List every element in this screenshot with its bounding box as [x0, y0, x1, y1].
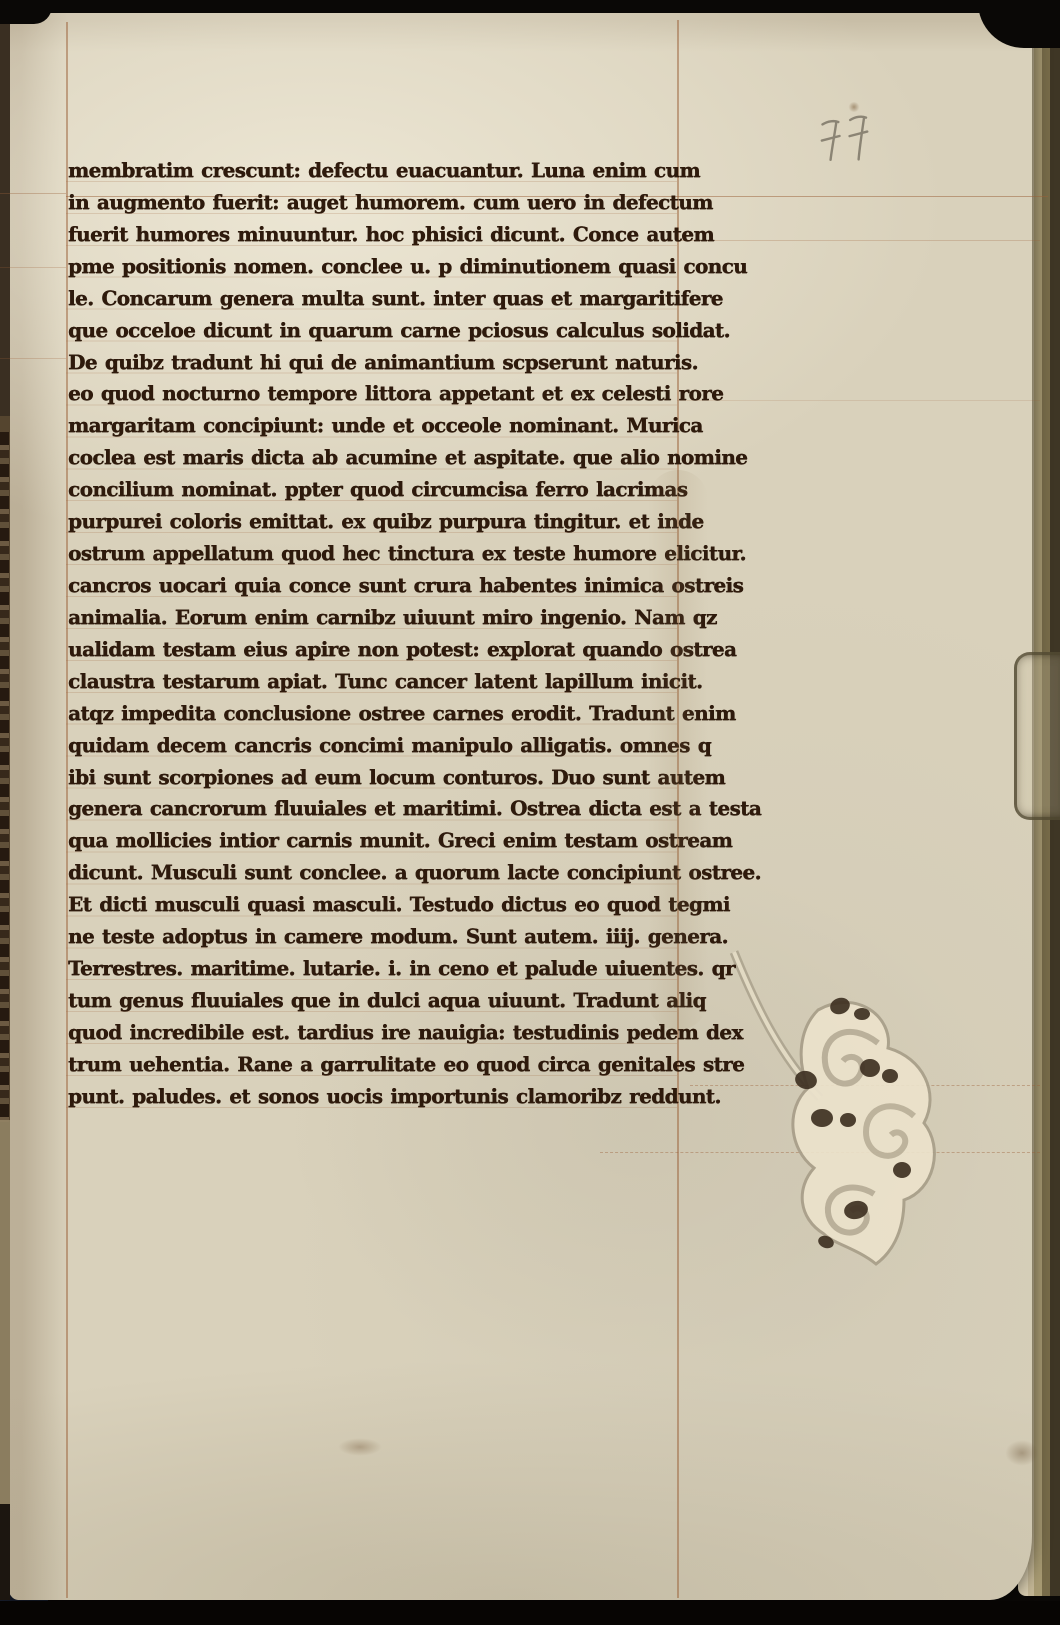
manuscript-line: genera cancrorum fluuiales et maritimi. …	[68, 793, 668, 825]
manuscript-line: eo quod nocturno tempore littora appetan…	[68, 378, 668, 410]
ruling-tick-left	[0, 193, 66, 194]
facing-page-text-fragments	[0, 432, 9, 1122]
manuscript-line: membratim crescunt: defectu euacuantur. …	[68, 155, 668, 187]
manuscript-line: qua mollicies intior carnis munit. Greci…	[68, 825, 668, 857]
manuscript-line: ostrum appellatum quod hec tinctura ex t…	[68, 538, 668, 570]
ruling-tick-left	[0, 267, 66, 268]
binding-top	[0, 0, 1060, 13]
manuscript-line: animalia. Eorum enim carnibz uiuunt miro…	[68, 602, 668, 634]
ruling-horizontal	[677, 240, 1040, 241]
pen-flourish-decoration	[728, 948, 960, 1278]
ruling-tick-left	[0, 358, 66, 359]
manuscript-line: De quibz tradunt hi qui de animantium sc…	[68, 347, 668, 379]
manuscript-line: tum genus fluuiales que in dulci aqua ui…	[68, 985, 668, 1017]
folio-number: 44	[814, 109, 889, 173]
manuscript-line: concilium nominat. ppter quod circumcisa…	[68, 474, 668, 506]
text-block: membratim crescunt: defectu euacuantur. …	[68, 155, 668, 1113]
manuscript-line: ibi sunt scorpiones ad eum locum conturo…	[68, 762, 668, 794]
manuscript-line: coclea est maris dicta ab acumine et asp…	[68, 442, 668, 474]
binding-bottom	[0, 1601, 1060, 1625]
manuscript-line: dicunt. Musculi sunt conclee. a quorum l…	[68, 857, 668, 889]
manuscript-line: ualidam testam eius apire non potest: ex…	[68, 634, 668, 666]
manuscript-line: atqz impedita conclusione ostree carnes …	[68, 698, 668, 730]
page-clamp	[1014, 652, 1060, 820]
manuscript-line: purpurei coloris emittat. ex quibz purpu…	[68, 506, 668, 538]
manuscript-line: quidam decem cancris concimi manipulo al…	[68, 730, 668, 762]
ruling-horizontal	[677, 400, 1040, 401]
binding-top-left-corner	[0, 0, 52, 24]
manuscript-line: in augmento fuerit: auget humorem. cum u…	[68, 187, 668, 219]
manuscript-line: cancros uocari quia conce sunt crura hab…	[68, 570, 668, 602]
manuscript-line: que occeloe dicunt in quarum carne pcios…	[68, 315, 668, 347]
manuscript-line: pme positionis nomen. conclee u. p dimin…	[68, 251, 668, 283]
manuscript-line: claustra testarum apiat. Tunc cancer lat…	[68, 666, 668, 698]
manuscript-line: margaritam concipiunt: unde et occeole n…	[68, 410, 668, 442]
manuscript-line: quod incredibile est. tardius ire nauigi…	[68, 1017, 668, 1049]
manuscript-line: Et dicti musculi quasi masculi. Testudo …	[68, 889, 668, 921]
manuscript-line: ne teste adoptus in camere modum. Sunt a…	[68, 921, 668, 953]
manuscript-line: trum uehentia. Rane a garrulitate eo quo…	[68, 1049, 668, 1081]
manuscript-photo: membratim crescunt: defectu euacuantur. …	[0, 0, 1060, 1625]
manuscript-line: Terrestres. maritime. lutarie. i. in cen…	[68, 953, 668, 985]
manuscript-line: fuerit humores minuuntur. hoc phisici di…	[68, 219, 668, 251]
manuscript-line: le. Concarum genera multa sunt. inter qu…	[68, 283, 668, 315]
manuscript-line: punt. paludes. et sonos uocis importunis…	[68, 1081, 668, 1113]
